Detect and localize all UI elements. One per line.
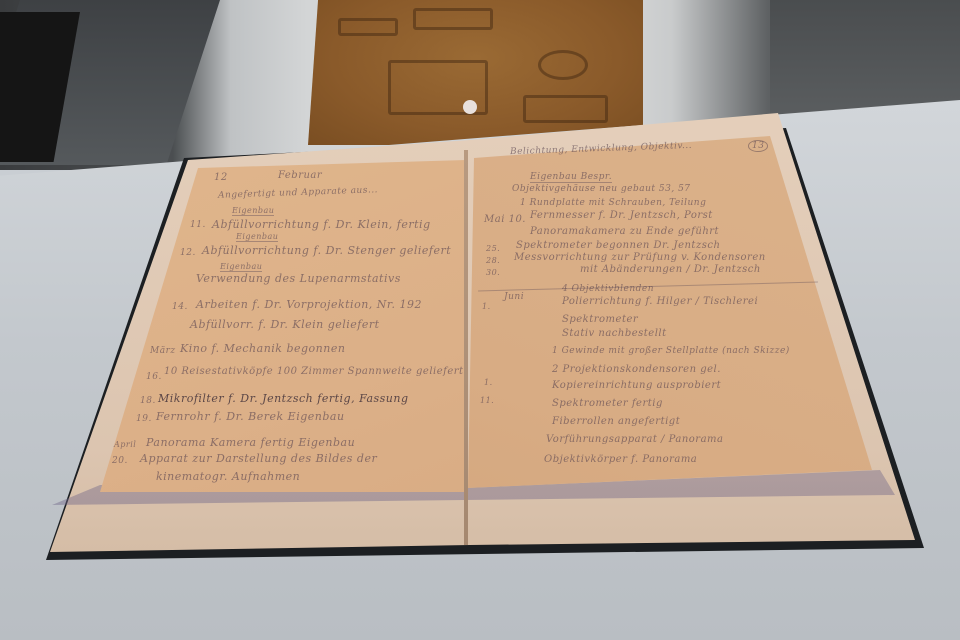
notebook-gutter <box>464 150 468 545</box>
line-date: 30. <box>486 268 500 277</box>
handwritten-line: Verwendung des Lupenarmstativs <box>196 272 401 285</box>
handwritten-line: Fernmesser f. Dr. Jentzsch, Porst <box>530 210 713 221</box>
line-date: Mai 10. <box>484 214 526 225</box>
line-date: 1. <box>484 378 493 387</box>
handwritten-line: 1 Rundplatte mit Schrauben, Teilung <box>520 198 706 208</box>
handwritten-line: Spektrometer fertig <box>552 398 663 409</box>
handwritten-line: Spektrometer begonnen Dr. Jentzsch <box>516 240 720 251</box>
handwritten-line: Mikrofilter f. Dr. Jentzsch fertig, Fass… <box>158 392 409 405</box>
line-date: 11. <box>480 396 494 405</box>
handwritten-line: Vorführungsapparat / Panorama <box>546 434 723 445</box>
line-date: 1. <box>482 302 491 311</box>
line-date: 14. <box>172 302 188 312</box>
open-notebook: 12 Februar Angefertigt und Apparate aus.… <box>0 0 960 640</box>
page-number: 12 <box>214 172 228 183</box>
handwritten-line: 1 Gewinde mit großer Stellplatte (nach S… <box>552 346 790 356</box>
handwritten-line: Panorama Kamera fertig Eigenbau <box>146 436 355 449</box>
line-date: 25. <box>486 244 500 253</box>
handwritten-line: Fernrohr f. Dr. Berek Eigenbau <box>156 410 345 423</box>
line-date: 20. <box>112 456 128 466</box>
line-date: März <box>150 346 176 356</box>
handwritten-line: 10 Reisestativköpfe 100 Zimmer Spannweit… <box>164 366 464 377</box>
line-date: 18. <box>140 396 156 406</box>
handwritten-line: Kino f. Mechanik begonnen <box>180 342 345 355</box>
handwritten-line: Eigenbau <box>232 206 274 216</box>
handwritten-line: Objektivgehäuse neu gebaut 53, 57 <box>512 184 691 194</box>
line-date: 16. <box>146 372 162 382</box>
handwritten-line: Eigenbau <box>236 232 278 242</box>
handwritten-line: Messvorrichtung zur Prüfung v. Kondensor… <box>514 252 766 263</box>
handwritten-line: Polierrichtung f. Hilger / Tischlerei <box>562 296 758 307</box>
handwritten-line: Spektrometer <box>562 314 638 325</box>
line-date: Juni <box>504 292 524 302</box>
handwritten-line: Eigenbau <box>220 262 262 272</box>
handwritten-line: 2 Projektionskondensoren gel. <box>552 364 721 375</box>
handwritten-line: Kopiereinrichtung ausprobiert <box>552 380 721 391</box>
handwritten-line: mit Abänderungen / Dr. Jentzsch <box>580 264 761 275</box>
handwritten-line: 4 Objektivblenden <box>562 284 654 294</box>
handwritten-line: kinematogr. Aufnahmen <box>156 470 300 483</box>
handwritten-line: Abfüllvorrichtung f. Dr. Klein, fertig <box>212 218 431 231</box>
handwritten-line: Apparat zur Darstellung des Bildes der <box>140 452 377 465</box>
handwritten-line: Stativ nachbestellt <box>562 328 667 339</box>
line-date: 28. <box>486 256 500 265</box>
page-header: Februar <box>278 170 322 181</box>
line-date: 19. <box>136 414 152 424</box>
line-date: 11. <box>190 220 206 230</box>
handwritten-line: Objektivkörper f. Panorama <box>544 454 697 465</box>
handwritten-line: Abfüllvorr. f. Dr. Klein geliefert <box>190 318 380 331</box>
handwritten-line: Eigenbau Bespr. <box>530 172 612 183</box>
handwritten-line: Panoramakamera zu Ende geführt <box>530 226 719 237</box>
line-date: April <box>114 440 136 449</box>
line-date: 12. <box>180 248 196 258</box>
handwritten-line: Abfüllvorrichtung f. Dr. Stenger geliefe… <box>202 244 451 257</box>
handwritten-line: Arbeiten f. Dr. Vorprojektion, Nr. 192 <box>196 298 422 311</box>
handwritten-line: Fiberrollen angefertigt <box>552 416 680 427</box>
